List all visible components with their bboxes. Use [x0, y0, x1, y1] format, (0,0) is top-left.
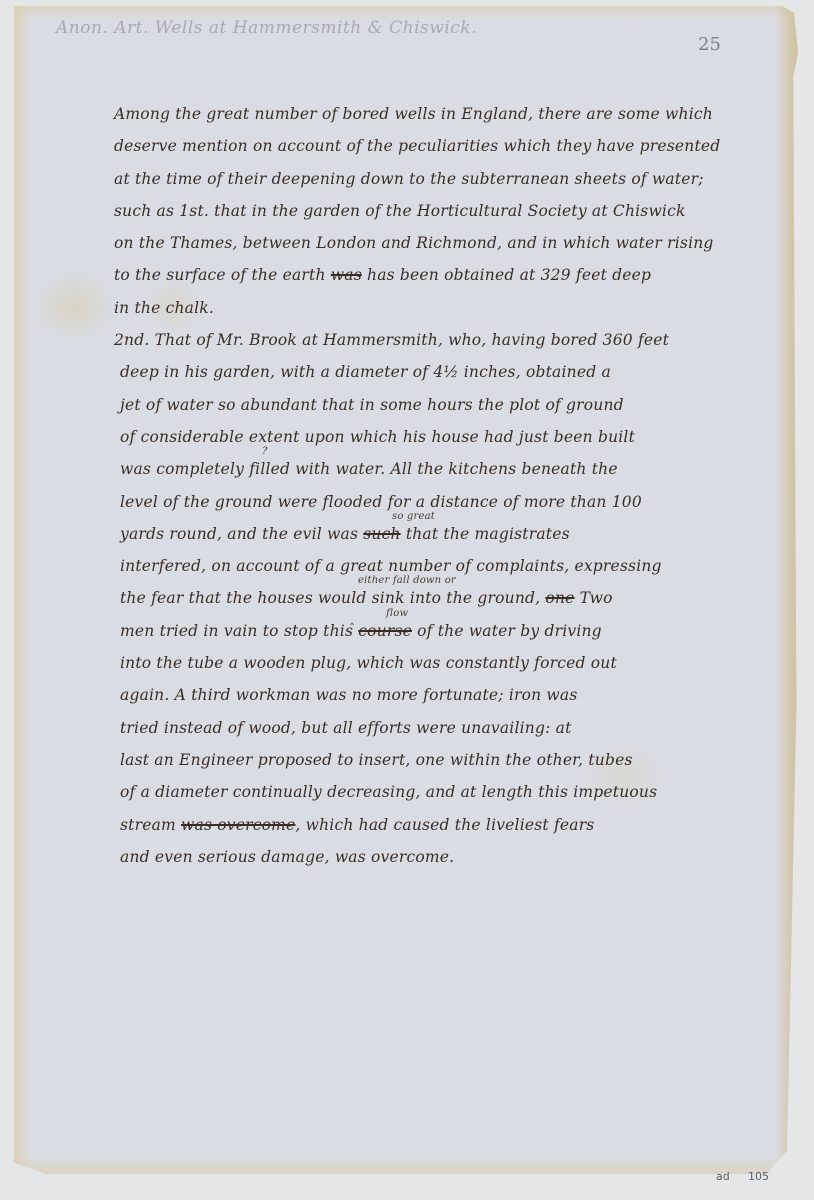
line-text: of the water by driving — [417, 622, 602, 640]
text-line: and even serious damage, was overcome. — [114, 841, 794, 873]
line-text: the fear that the houses would — [120, 589, 367, 607]
line-text: of considerable extent upon which his ho… — [120, 428, 635, 446]
line-text: deserve mention on account of the peculi… — [114, 137, 720, 155]
page-number: 25 — [698, 34, 721, 55]
text-line: deserve mention on account of the peculi… — [114, 130, 794, 162]
line-text: Among the great number of bored wells in… — [114, 105, 713, 123]
line-text: 2nd. That of Mr. Brook at Hammersmith, w… — [114, 331, 669, 349]
line-text: has been obtained at 329 feet deep — [367, 266, 651, 284]
line-text: such as 1st. that in the garden of the H… — [114, 202, 686, 220]
line-text: to the surface of the earth — [114, 266, 326, 284]
line-text: last an Engineer proposed to insert, one… — [120, 751, 633, 769]
text-line: last an Engineer proposed to insert, one… — [114, 744, 794, 776]
line-text: sink into the ground, — [372, 589, 541, 607]
line-text: filled with water. All the kitchens bene… — [249, 460, 618, 478]
line-text: Two — [580, 589, 613, 607]
line-text: deep in his garden, with a diameter of 4… — [120, 363, 611, 381]
line-text: that the magistrates — [406, 525, 570, 543]
text-line: stream was overcome, which had caused th… — [114, 809, 794, 841]
interlinear-insertion: ? — [262, 447, 268, 457]
line-text: level of the ground were flooded for a d… — [120, 493, 642, 511]
text-line: level of the ground were flooded for a d… — [114, 486, 794, 518]
line-text: stream — [120, 816, 176, 834]
interlinear-insertion: flow — [386, 609, 408, 619]
text-line: on the Thames, between London and Richmo… — [114, 227, 794, 259]
struck-through-text: was overcome — [181, 816, 295, 834]
line-text: and even serious damage, was overcome. — [120, 848, 454, 866]
text-line: deep in his garden, with a diameter of 4… — [114, 356, 794, 388]
line-text: yards round, and the evil was — [120, 525, 358, 543]
manuscript-body: Among the great number of bored wells in… — [114, 98, 794, 873]
text-line: again. A third workman was no more fortu… — [114, 679, 794, 711]
footer-initials: ad — [716, 1170, 730, 1183]
line-text: tried instead of wood, but all efforts w… — [120, 719, 572, 737]
line-text: at the time of their deepening down to t… — [114, 170, 704, 188]
text-line: in the chalk. — [114, 292, 794, 324]
struck-through-text: was — [331, 266, 362, 284]
line-text: , which had caused the liveliest fears — [295, 816, 594, 834]
struck-through-text: course — [358, 622, 412, 640]
text-line: such as 1st. that in the garden of the H… — [114, 195, 794, 227]
text-line: tried instead of wood, but all efforts w… — [114, 712, 794, 744]
interlinear-insertion: either fall down or — [358, 576, 456, 586]
text-line: to the surface of the earth was has been… — [114, 259, 794, 291]
text-line: was completely ? filled with water. All … — [114, 453, 794, 485]
text-line: of considerable extent upon which his ho… — [114, 421, 794, 453]
text-line: jet of water so abundant that in some ho… — [114, 389, 794, 421]
text-line: 2nd. That of Mr. Brook at Hammersmith, w… — [114, 324, 794, 356]
struck-through-text: such — [363, 525, 400, 543]
footer-folio-number: 105 — [748, 1170, 769, 1183]
line-text: was completely — [120, 460, 244, 478]
line-text: interfered, on account of a great number… — [120, 557, 662, 575]
line-text: of a diameter continually decreasing, an… — [120, 783, 657, 801]
line-text: in the chalk. — [114, 299, 214, 317]
line-text: men tried in vain to stop this — [120, 622, 353, 640]
text-line: at the time of their deepening down to t… — [114, 163, 794, 195]
manuscript-page: Anon. Art. Wells at Hammersmith & Chiswi… — [14, 6, 798, 1174]
line-text: jet of water so abundant that in some ho… — [120, 396, 624, 414]
text-line: yards round, and the evil was such so gr… — [114, 518, 794, 550]
line-text: again. A third workman was no more fortu… — [120, 686, 578, 704]
text-line: into the tube a wooden plug, which was c… — [114, 647, 794, 679]
interlinear-insertion: so great — [392, 512, 435, 522]
text-line: the fear that the houses would ‸ either … — [114, 582, 794, 614]
text-line: men tried in vain to stop this course fl… — [114, 615, 794, 647]
line-text: on the Thames, between London and Richmo… — [114, 234, 714, 252]
text-line: Among the great number of bored wells in… — [114, 98, 794, 130]
text-line: of a diameter continually decreasing, an… — [114, 776, 794, 808]
struck-through-text: one — [545, 589, 574, 607]
pencil-header-annotation: Anon. Art. Wells at Hammersmith & Chiswi… — [56, 18, 477, 38]
line-text: into the tube a wooden plug, which was c… — [120, 654, 617, 672]
